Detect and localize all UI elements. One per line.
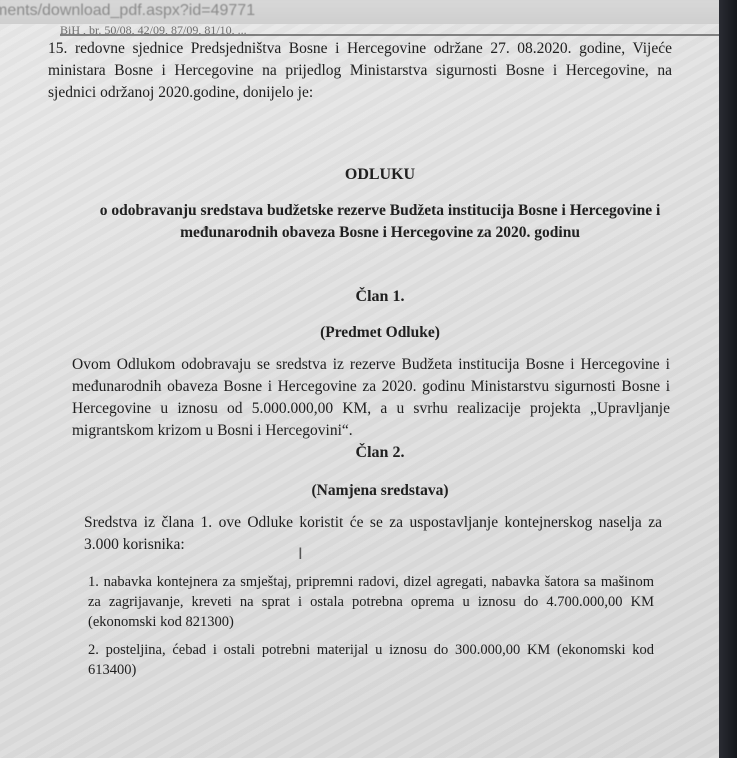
article-2-item-2: 2. posteljina, ćebad i ostali potrebni m… xyxy=(88,640,654,680)
article-2-text: Sredstva iz člana 1. ove Odluke koristit… xyxy=(84,512,662,556)
browser-url-bar[interactable]: ments/download_pdf.aspx?id=49771 xyxy=(0,0,737,24)
article-1-text: Ovom Odlukom odobravaju se sredstva iz r… xyxy=(72,354,670,442)
article-1-subheading: (Predmet Odluke) xyxy=(40,322,720,344)
url-text[interactable]: ments/download_pdf.aspx?id=49771 xyxy=(0,2,255,19)
cut-off-line: BiH , br. 50/08, 42/09, 87/09, 81/10, ..… xyxy=(60,26,720,36)
article-2-heading: Član 2. xyxy=(40,442,720,464)
document-title: ODLUKU xyxy=(40,164,720,186)
article-2-subheading: (Namjena sredstava) xyxy=(40,480,720,502)
article-1-heading: Član 1. xyxy=(40,286,720,308)
monitor-bezel xyxy=(719,0,737,758)
intro-paragraph: 15. redovne sjednice Predsjedništva Bosn… xyxy=(48,38,672,104)
article-2-item-1: 1. nabavka kontejnera za smještaj, pripr… xyxy=(88,572,654,632)
document-subtitle-line2: međunarodnih obaveza Bosne i Hercegovine… xyxy=(40,222,720,244)
text-cursor-icon: I xyxy=(298,544,303,563)
document-subtitle-line1: o odobravanju sredstava budžetske rezerv… xyxy=(40,200,720,222)
pdf-page: BiH , br. 50/08, 42/09, 87/09, 81/10, ..… xyxy=(0,24,720,758)
